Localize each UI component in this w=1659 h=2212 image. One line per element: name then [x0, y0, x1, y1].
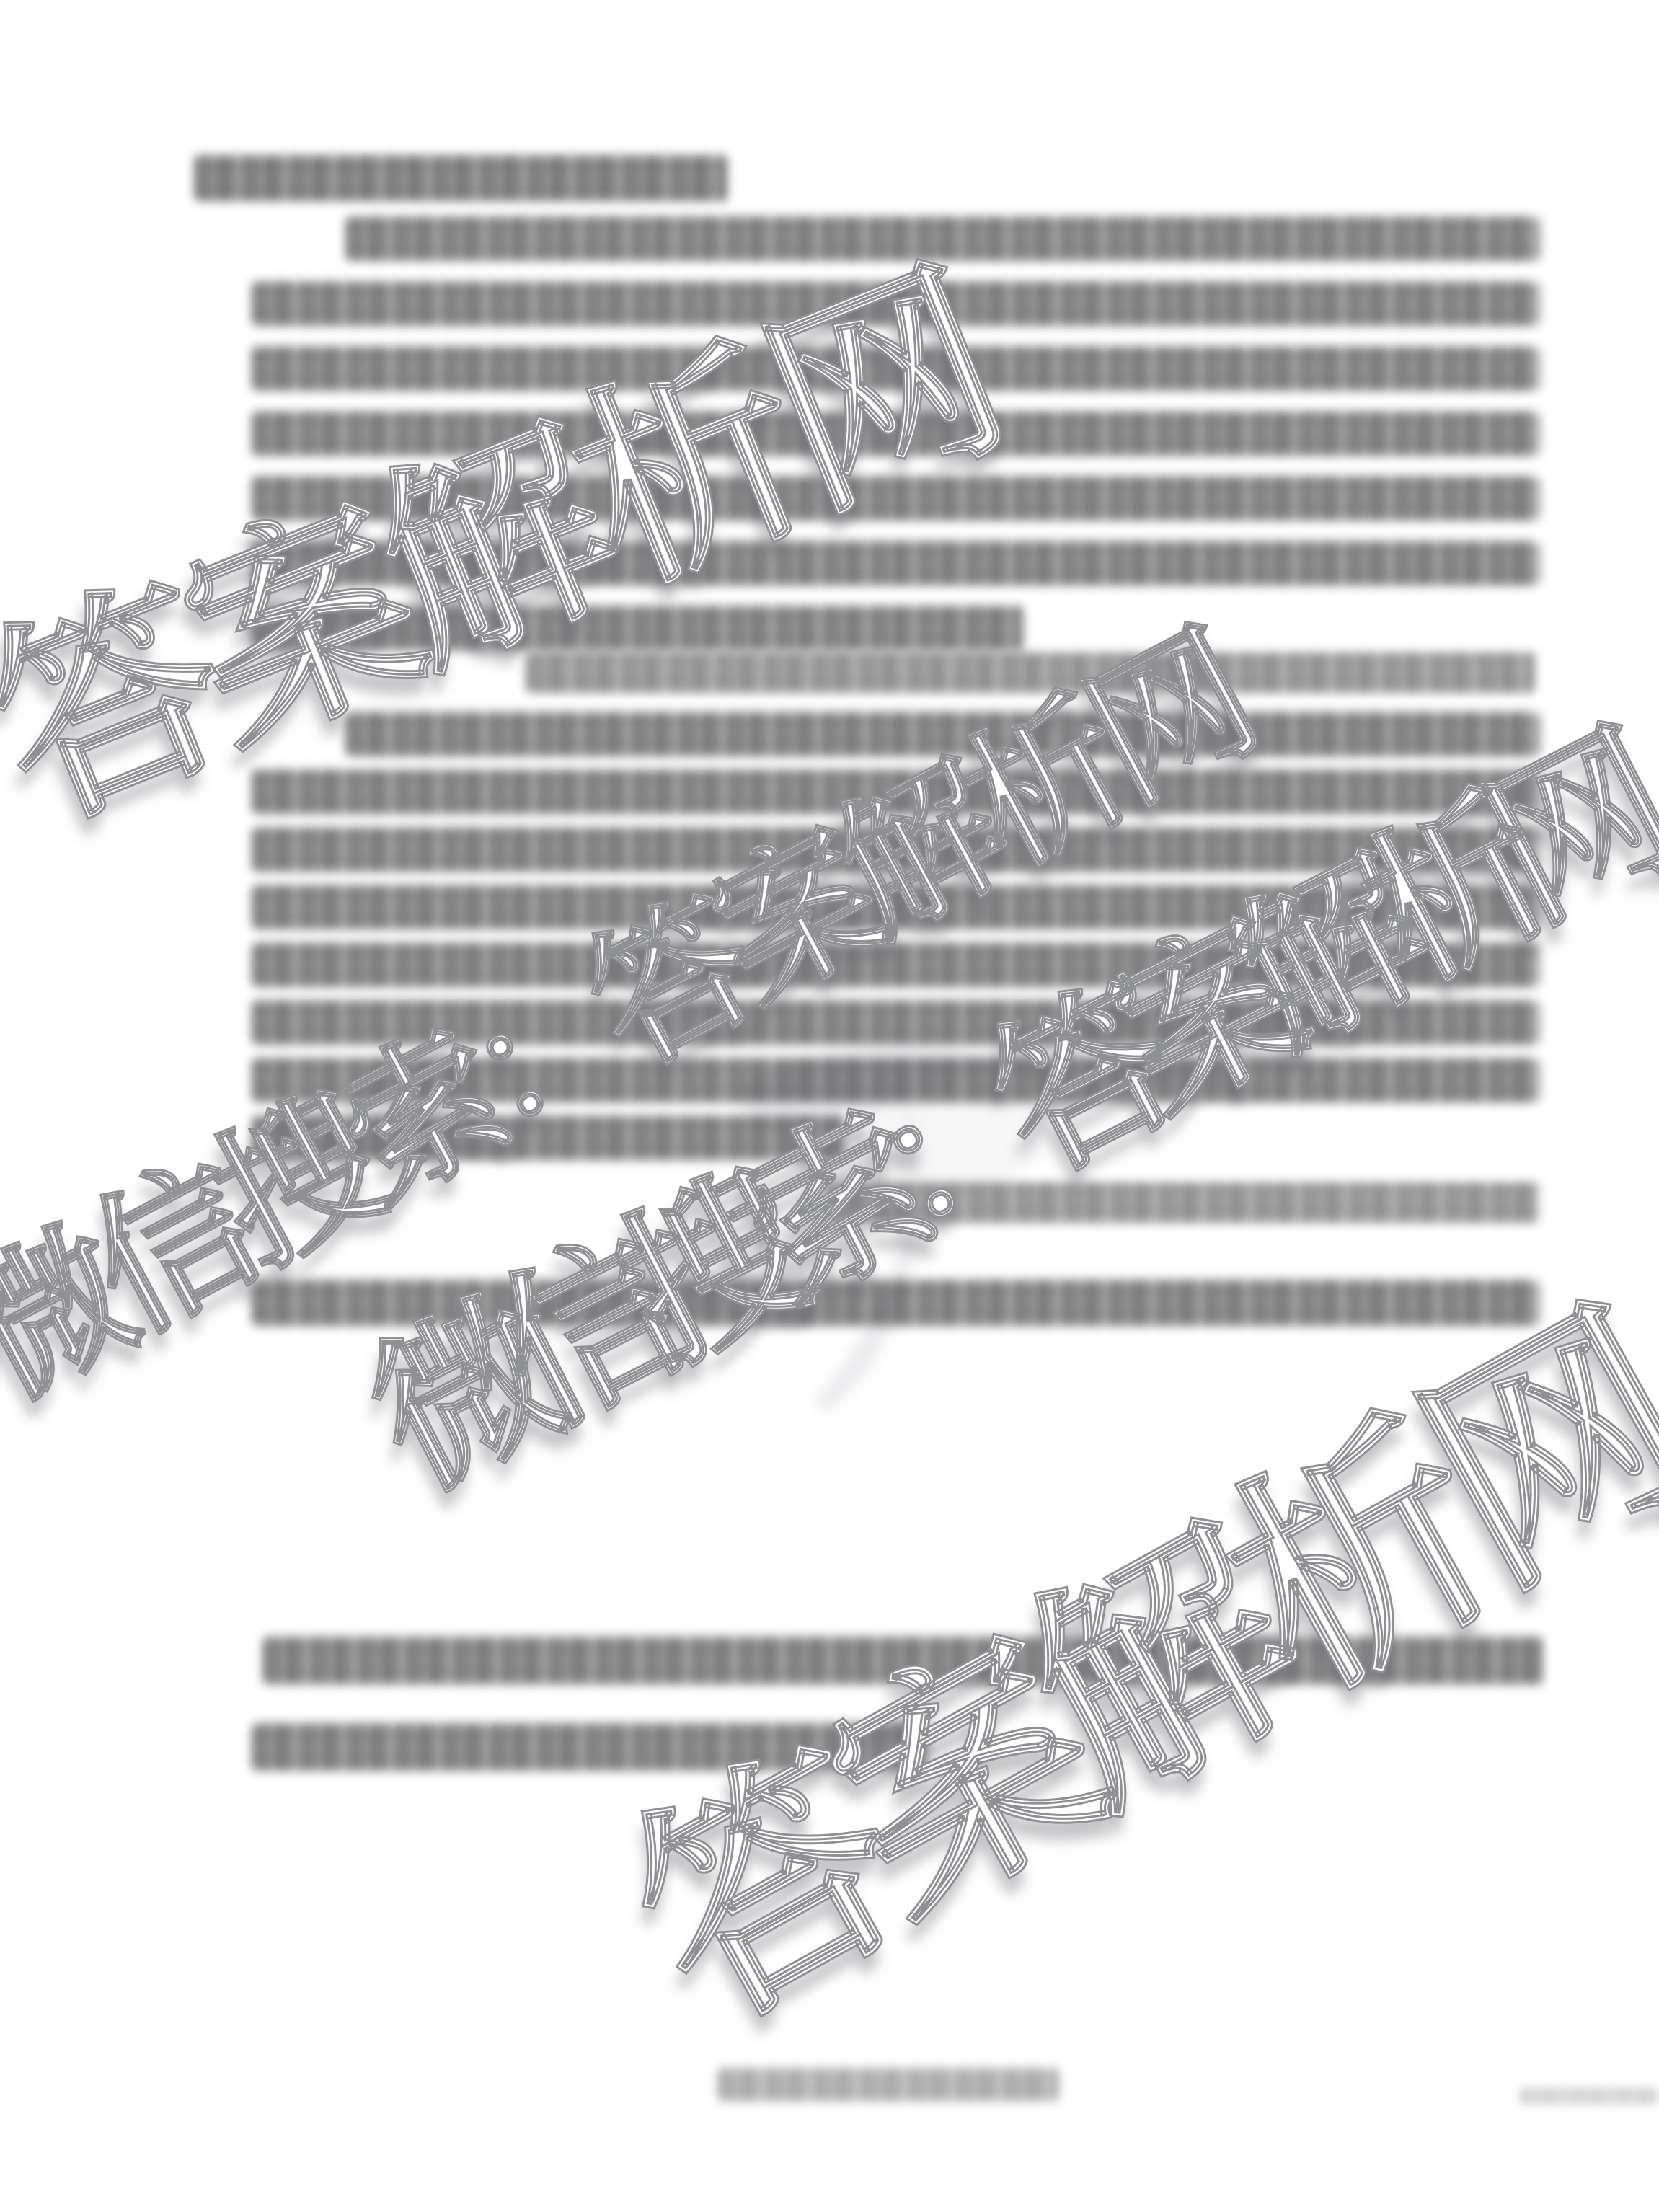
- corner-smudge: [1520, 2088, 1658, 2104]
- material-1-line-1: [346, 216, 1539, 261]
- page-footer-line: [718, 2068, 1058, 2101]
- scanned-exam-page: 答案解析网微信搜索：答案解析网微信搜索：答案解析网答案解析网: [0, 0, 1659, 2212]
- question-18-header-line: [195, 155, 728, 201]
